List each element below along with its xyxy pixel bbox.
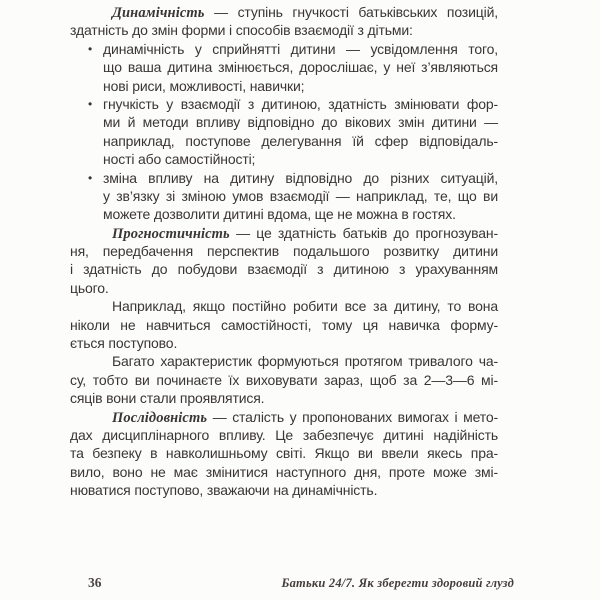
text-line: су, тобто ви починаєте їх виховувати зар… — [70, 371, 498, 389]
bullet-marker: • — [88, 40, 92, 58]
text-line: ється поступово. — [70, 334, 498, 352]
line-text: сяців вони стали проявлятися. — [70, 390, 264, 406]
text-line: нові риси, можливості, навички; — [70, 77, 498, 95]
text-line: що ваша дитина змінюється, дорослішає, у… — [70, 58, 498, 76]
text-line: нюватися поступово, зважаючи на динамічн… — [70, 481, 498, 499]
lead-word: Прогностичність — [112, 226, 230, 242]
text-line: Багато характеристик формуються протягом… — [70, 352, 498, 370]
page-text: Динамічність — ступінь гнучкості батьків… — [70, 3, 498, 500]
line-text: ніколи не навчиться самостійності, тому … — [70, 317, 498, 333]
line-text: — сталість у пропонованих вимогах і мето… — [207, 409, 498, 425]
text-line: Наприклад, якщо постійно робити все за д… — [70, 297, 498, 315]
line-text: — ступінь гнучкості батьківських позицій… — [204, 4, 498, 20]
line-text: здатність до змін форми і способів взаєм… — [70, 22, 413, 38]
text-line: Прогностичність — це здатність батьків д… — [70, 224, 498, 242]
page-footer: 36 Батьки 24/7. Як зберегти здоровий глу… — [88, 575, 514, 591]
text-line: ніколи не навчиться самостійності, тому … — [70, 316, 498, 334]
book-page: Динамічність — ступінь гнучкості батьків… — [0, 0, 600, 600]
text-line: у зв’язку зі зміною умов взаємодії — нап… — [70, 187, 498, 205]
text-line: ня, передбачення перспектив подальшого р… — [70, 242, 498, 260]
bullet-marker: • — [88, 95, 92, 113]
text-line: дах дисциплінарного впливу. Це забезпечу… — [70, 426, 498, 444]
text-line: ми й методи впливу відповідно до вікових… — [70, 113, 498, 131]
lead-word: Динамічність — [112, 5, 204, 21]
text-line: можете дозволити дитині вдома, ще не мож… — [70, 205, 498, 223]
text-line: ності або самостійності; — [70, 150, 498, 168]
line-text: нові риси, можливості, навички; — [103, 78, 304, 94]
text-line: сяців вони стали проявлятися. — [70, 389, 498, 407]
line-text: нюватися поступово, зважаючи на динамічн… — [70, 482, 377, 498]
running-title: Батьки 24/7. Як зберегти здоровий глузд — [281, 576, 514, 591]
line-text: зміна впливу на дитину відповідно до різ… — [103, 170, 498, 186]
text-line: •динамічність у сприйнятті дитини — усві… — [70, 40, 498, 58]
page-number: 36 — [88, 575, 102, 591]
text-line: наприклад, поступове делегування їй сфер… — [70, 132, 498, 150]
line-text: Наприклад, якщо постійно робити все за д… — [112, 298, 498, 314]
line-text: ми й методи впливу відповідно до вікових… — [103, 114, 498, 130]
line-text: можете дозволити дитині вдома, ще не мож… — [103, 206, 456, 222]
text-line: і здатність до побудови взаємодії з дити… — [70, 260, 498, 278]
line-text: — це здатність батьків до прогнозуван- — [230, 225, 498, 241]
line-text: та безпеку в навколишньому світі. Якщо в… — [70, 445, 498, 461]
line-text: ня, передбачення перспектив подальшого р… — [70, 243, 498, 259]
line-text: ється поступово. — [70, 335, 177, 351]
text-line: Динамічність — ступінь гнучкості батьків… — [70, 3, 498, 21]
lead-word: Послідовність — [112, 410, 207, 426]
line-text: динамічність у сприйнятті дитини — усвід… — [103, 41, 498, 57]
line-text: гнучкість у взаємодії з дитиною, здатніс… — [103, 96, 498, 112]
text-line: •гнучкість у взаємодії з дитиною, здатні… — [70, 95, 498, 113]
text-line: Послідовність — сталість у пропонованих … — [70, 408, 498, 426]
text-line: здатність до змін форми і способів взаєм… — [70, 21, 498, 39]
line-text: вило, воно не має змінитися наступного д… — [70, 464, 498, 480]
text-line: вило, воно не має змінитися наступного д… — [70, 463, 498, 481]
bullet-marker: • — [88, 169, 92, 187]
line-text: що ваша дитина змінюється, дорослішає, у… — [103, 59, 498, 75]
line-text: ності або самостійності; — [103, 151, 255, 167]
text-line: та безпеку в навколишньому світі. Якщо в… — [70, 444, 498, 462]
line-text: і здатність до побудови взаємодії з дити… — [70, 261, 498, 277]
text-line: •зміна впливу на дитину відповідно до рі… — [70, 169, 498, 187]
line-text: наприклад, поступове делегування їй сфер… — [103, 133, 498, 149]
line-text: су, тобто ви починаєте їх виховувати зар… — [70, 372, 498, 388]
text-line: цього. — [70, 279, 498, 297]
line-text: Багато характеристик формуються протягом… — [112, 353, 498, 369]
line-text: дах дисциплінарного впливу. Це забезпечу… — [70, 427, 498, 443]
line-text: цього. — [70, 280, 109, 296]
line-text: у зв’язку зі зміною умов взаємодії — нап… — [103, 188, 498, 204]
